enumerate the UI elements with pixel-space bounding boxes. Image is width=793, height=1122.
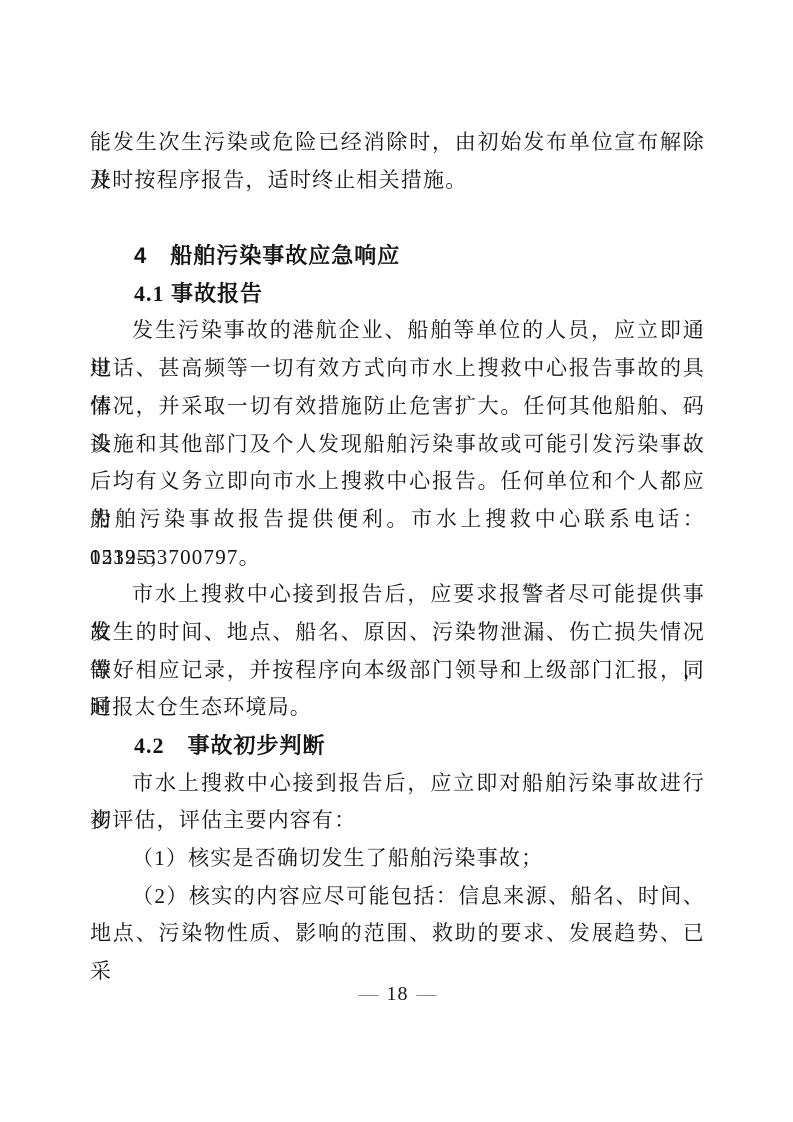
body-text-line: 船舶污染事故报告提供便利。市水上搜救中心联系电话：12395；	[90, 501, 705, 539]
paragraph-incident-report: 发生污染事故的港航企业、船舶等单位的人员，应立即通过 电话、甚高频等一切有效方式…	[90, 312, 705, 576]
body-text-line: 市水上搜救中心接到报告后，应要求报警者尽可能提供事故	[90, 576, 705, 614]
body-text-line: 0512-53700797。	[90, 539, 705, 577]
body-text-line: 设施和其他部门及个人发现船舶污染事故或可能引发污染事故	[90, 426, 705, 464]
section-4-1-heading: 4.1 事故报告	[90, 275, 705, 313]
body-text-line: 地点、污染物性质、影响的范围、救助的要求、发展趋势、已采	[90, 915, 705, 953]
paragraph-record-keeping: 市水上搜救中心接到报告后，应要求报警者尽可能提供事故 发生的时间、地点、船名、原…	[90, 576, 705, 727]
document-page: 能发生次生污染或危险已经消除时，由初始发布单位宣布解除并 及时按程序报告，适时终…	[0, 0, 793, 1122]
footer-dash-right: —	[409, 983, 445, 1005]
section-4-2-heading: 4.2 事故初步判断	[90, 727, 705, 765]
body-text-line: 发生污染事故的港航企业、船舶等单位的人员，应立即通过	[90, 312, 705, 350]
body-text-line: （1）核实是否确切发生了船舶污染事故；	[90, 840, 705, 878]
paragraph-initial-assessment: 市水上搜救中心接到报告后，应立即对船舶污染事故进行初 步评估，评估主要内容有：	[90, 765, 705, 840]
body-text-line: 通报太仓生态环境局。	[90, 689, 705, 727]
body-text-line: 情况，并采取一切有效措施防止危害扩大。任何其他船舶、码头、	[90, 388, 705, 426]
body-text-line: 发生的时间、地点、船名、原因、污染物泄漏、伤亡损失情况等，	[90, 614, 705, 652]
page-footer: —18—	[90, 976, 705, 1014]
intro-paragraph: 能发生次生污染或危险已经消除时，由初始发布单位宣布解除并 及时按程序报告，适时终…	[90, 124, 705, 199]
page-number: 18	[387, 983, 409, 1005]
body-text-line: 能发生次生污染或危险已经消除时，由初始发布单位宣布解除并	[90, 124, 705, 162]
body-text-line: 及时按程序报告，适时终止相关措施。	[90, 162, 705, 200]
body-text-line: 做好相应记录，并按程序向本级部门领导和上级部门汇报，同时	[90, 652, 705, 690]
section-4-heading: 4 船舶污染事故应急响应	[90, 237, 705, 275]
body-text-line: 后均有义务立即向市水上搜救中心报告。任何单位和个人都应为	[90, 463, 705, 501]
list-item-2: （2）核实的内容应尽可能包括：信息来源、船名、时间、 地点、污染物性质、影响的范…	[90, 878, 705, 953]
body-text-line: （2）核实的内容应尽可能包括：信息来源、船名、时间、	[90, 878, 705, 916]
footer-dash-left: —	[351, 983, 387, 1005]
body-text-line: 市水上搜救中心接到报告后，应立即对船舶污染事故进行初	[90, 765, 705, 803]
section-4-1: 4.1 事故报告 发生污染事故的港航企业、船舶等单位的人员，应立即通过 电话、甚…	[90, 275, 705, 727]
body-text-line: 步评估，评估主要内容有：	[90, 802, 705, 840]
list-item-1: （1）核实是否确切发生了船舶污染事故；	[90, 840, 705, 878]
body-text-line: 电话、甚高频等一切有效方式向市水上搜救中心报告事故的具体	[90, 350, 705, 388]
section-4-2: 4.2 事故初步判断 市水上搜救中心接到报告后，应立即对船舶污染事故进行初 步评…	[90, 727, 705, 953]
